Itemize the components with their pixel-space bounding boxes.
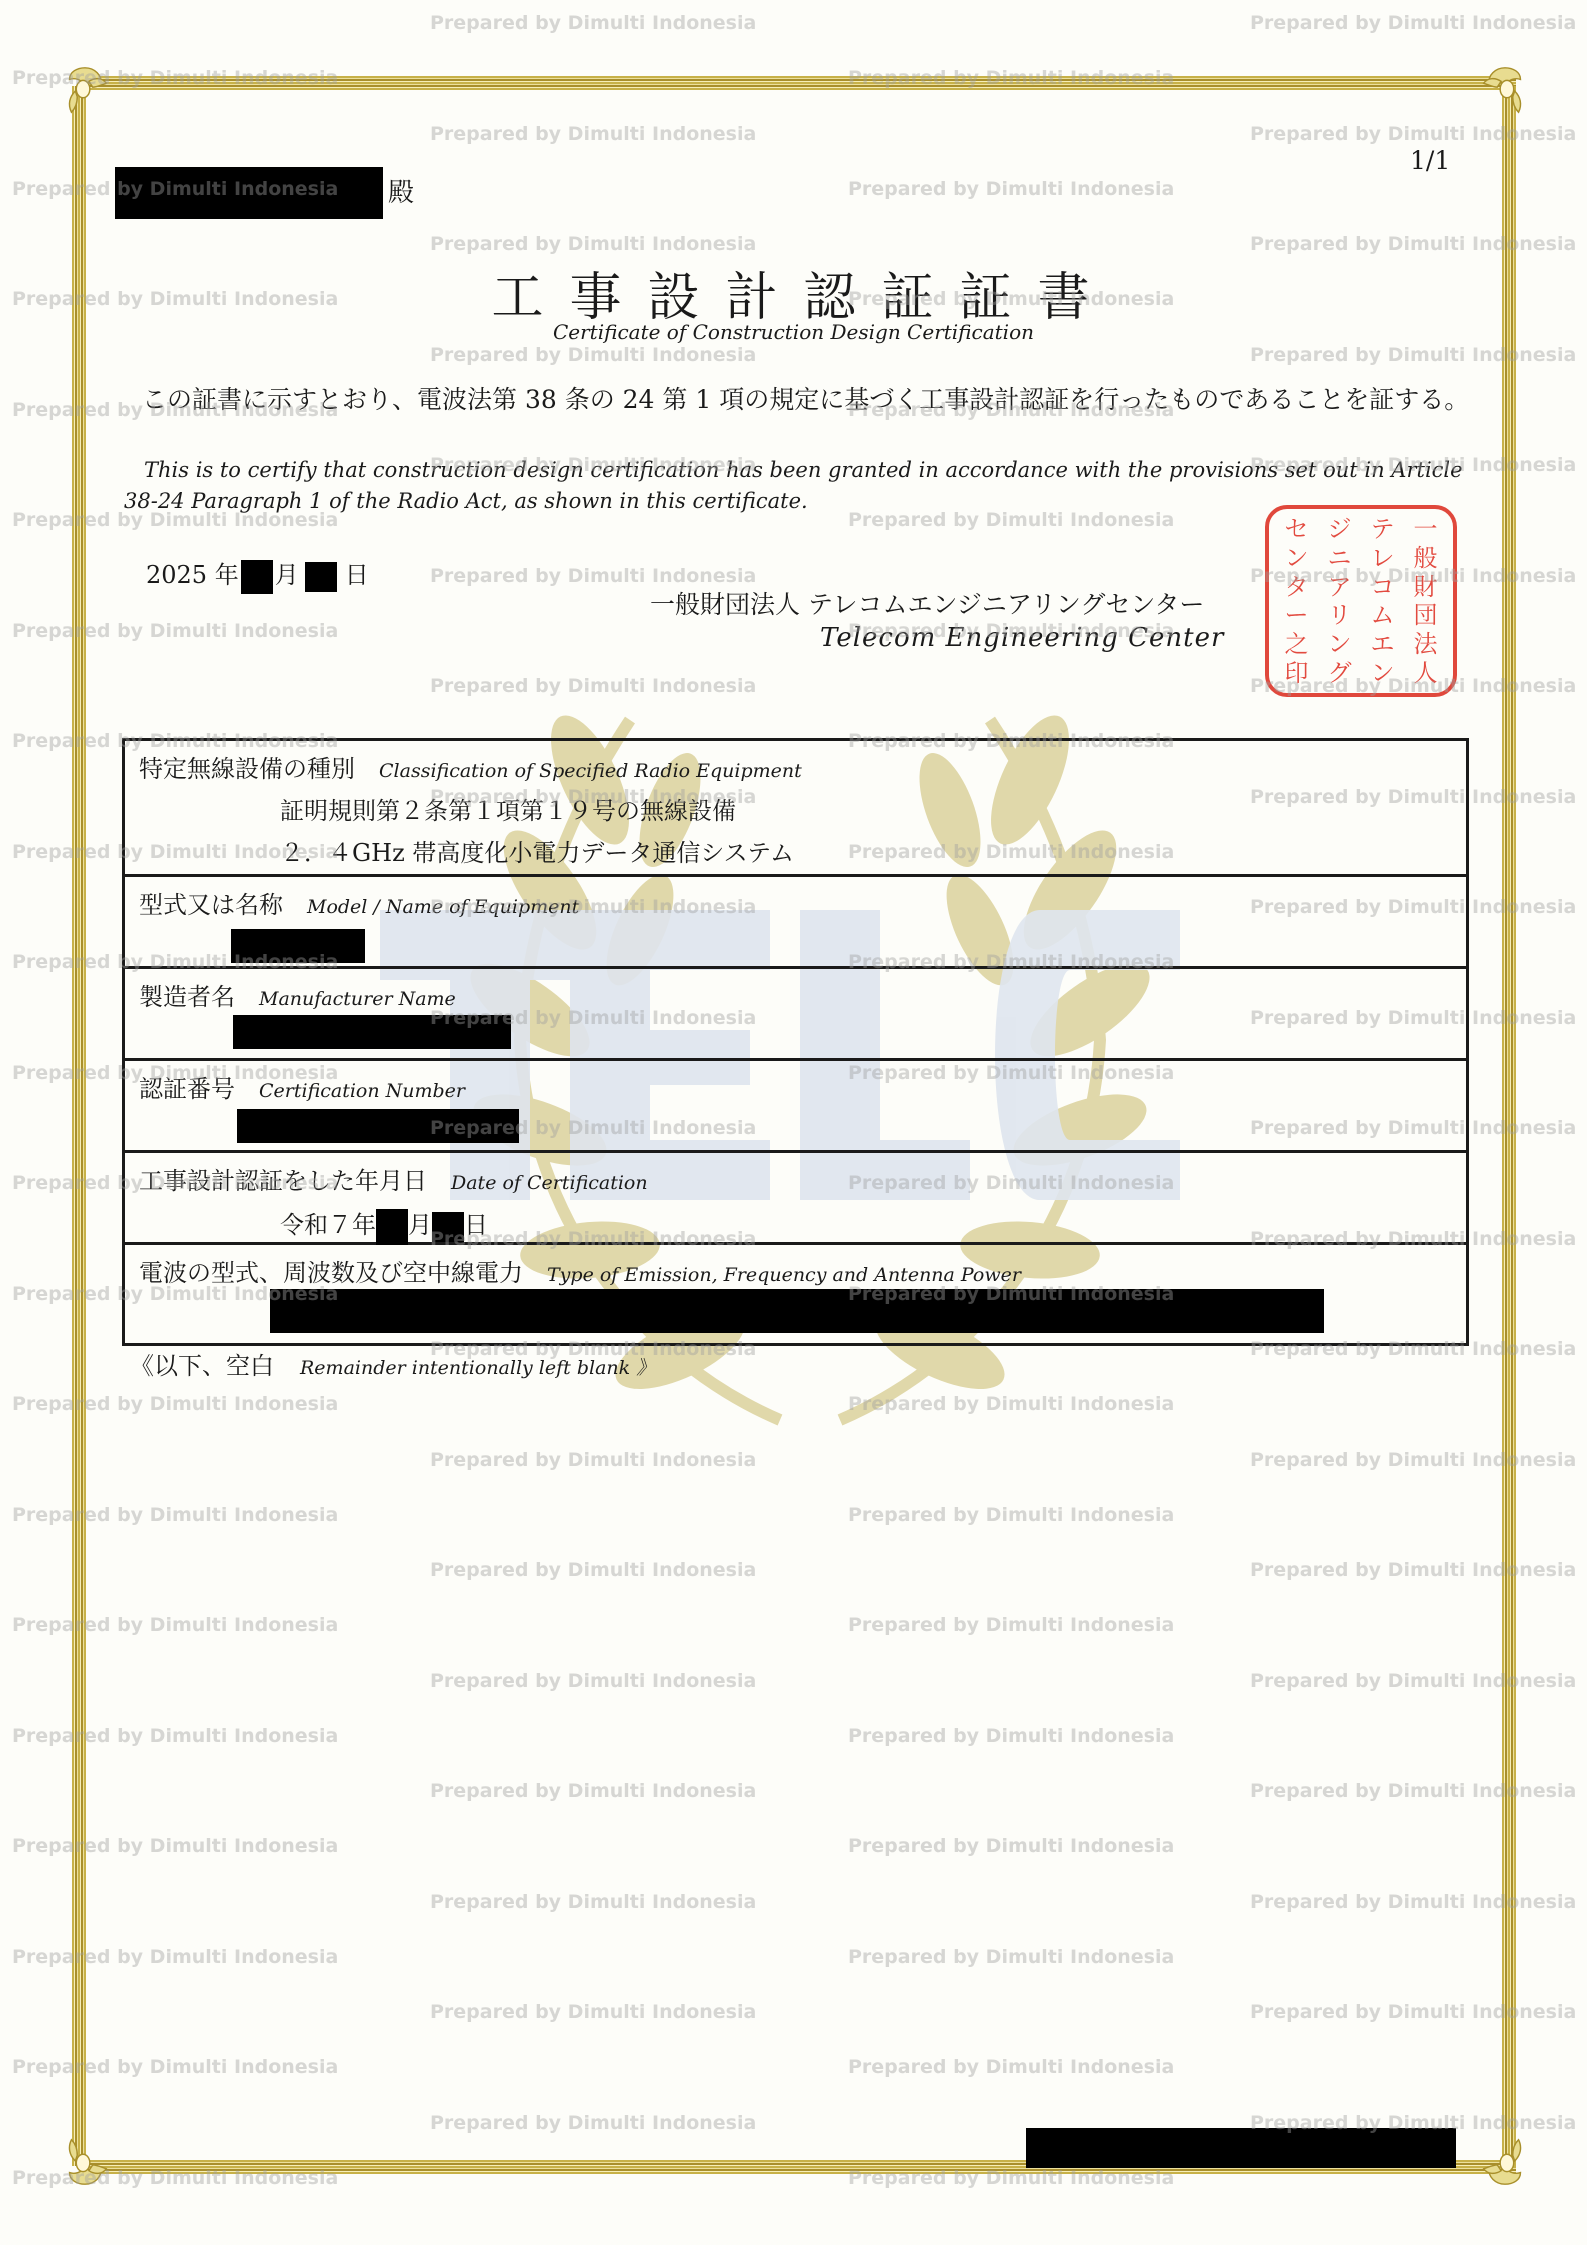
addressee-name-redacted xyxy=(115,167,383,219)
label-en: Model / Name of Equipment xyxy=(307,896,579,918)
month-suffix: 月 xyxy=(275,561,299,589)
corner-ornament-icon xyxy=(1476,2132,1534,2190)
row-manufacturer: 製造者名Manufacturer Name xyxy=(125,969,1466,1061)
watermark-text: Prepared by Dimulti Indonesia xyxy=(848,1725,1174,1747)
label-en: Date of Certification xyxy=(451,1172,648,1194)
label-en: Classification of Specified Radio Equipm… xyxy=(379,760,802,782)
classification-value-2: ２．４GHz 帯高度化小電力データ通信システム xyxy=(280,833,794,868)
watermark-text: Prepared by Dimulti Indonesia xyxy=(430,233,756,255)
watermark-text: Prepared by Dimulti Indonesia xyxy=(430,2112,756,2134)
watermark-text: Prepared by Dimulti Indonesia xyxy=(1250,1780,1576,1802)
watermark-text: Prepared by Dimulti Indonesia xyxy=(1250,123,1576,145)
watermark-text: Prepared by Dimulti Indonesia xyxy=(12,1614,338,1636)
watermark-text: Prepared by Dimulti Indonesia xyxy=(430,12,756,34)
corner-ornament-icon xyxy=(56,2132,114,2190)
seal-column: センター之印 xyxy=(1275,515,1318,687)
watermark-text: Prepared by Dimulti Indonesia xyxy=(1250,1559,1576,1581)
row-certification-number: 認証番号Certification Number xyxy=(125,1061,1466,1153)
watermark-text: Prepared by Dimulti Indonesia xyxy=(430,1780,756,1802)
label-jp: 工事設計認証をした年月日 xyxy=(139,1167,427,1195)
seal-column: 一般財団法人 xyxy=(1404,515,1447,687)
cert-month-redacted xyxy=(376,1209,408,1245)
watermark-text: Prepared by Dimulti Indonesia xyxy=(430,123,756,145)
label-jp: 製造者名 xyxy=(139,983,235,1011)
watermark-text: Prepared by Dimulti Indonesia xyxy=(12,1835,338,1857)
watermark-text: Prepared by Dimulti Indonesia xyxy=(1250,1670,1576,1692)
cert-day-redacted xyxy=(432,1212,464,1242)
remainder-blank-note: 《以下、空白Remainder intentionally left blank… xyxy=(130,1346,655,1381)
watermark-text: Prepared by Dimulti Indonesia xyxy=(12,2056,338,2078)
corner-ornament-icon xyxy=(56,62,114,120)
manufacturer-name-redacted xyxy=(233,1015,511,1049)
seal-column: テレコムエン xyxy=(1361,515,1404,687)
frame-border-right xyxy=(1502,86,1516,2166)
label-jp: 特定無線設備の種別 xyxy=(139,755,355,783)
bottom-signature-redacted xyxy=(1026,2128,1456,2168)
addressee-honorific: 殿 xyxy=(388,172,414,209)
certification-statement-jp: この証書に示すとおり、電波法第 38 条の 24 第 1 項の規定に基づく工事設… xyxy=(124,380,1484,420)
watermark-text: Prepared by Dimulti Indonesia xyxy=(430,1670,756,1692)
issue-date: 2025 年月日 xyxy=(146,555,369,594)
watermark-text: Prepared by Dimulti Indonesia xyxy=(12,620,338,642)
certification-date: 令和７年月日 xyxy=(280,1205,488,1245)
certificate-title-jp: 工事設計認証証書 xyxy=(0,255,1587,330)
label-jp: 型式又は名称 xyxy=(139,891,283,919)
watermark-text: Prepared by Dimulti Indonesia xyxy=(1250,1449,1576,1471)
watermark-text: Prepared by Dimulti Indonesia xyxy=(12,1504,338,1526)
watermark-text: Prepared by Dimulti Indonesia xyxy=(848,1504,1174,1526)
watermark-text: Prepared by Dimulti Indonesia xyxy=(1250,1891,1576,1913)
issuer-name-jp: 一般財団法人 テレコムエンジニアリングセンター xyxy=(650,585,1204,621)
month-suffix: 月 xyxy=(408,1211,432,1239)
label-en: Certification Number xyxy=(259,1080,465,1102)
watermark-text: Prepared by Dimulti Indonesia xyxy=(430,2001,756,2023)
era-year: 令和７年 xyxy=(280,1211,376,1239)
watermark-text: Prepared by Dimulti Indonesia xyxy=(848,2056,1174,2078)
watermark-text: Prepared by Dimulti Indonesia xyxy=(430,1891,756,1913)
issuer-name-en: Telecom Engineering Center xyxy=(820,623,1224,653)
watermark-text: Prepared by Dimulti Indonesia xyxy=(1250,233,1576,255)
watermark-text: Prepared by Dimulti Indonesia xyxy=(12,1393,338,1415)
certificate-title-en: Certificate of Construction Design Certi… xyxy=(0,320,1587,344)
label-jp: 認証番号 xyxy=(139,1075,235,1103)
watermark-text: Prepared by Dimulti Indonesia xyxy=(848,178,1174,200)
label-en: Type of Emission, Frequency and Antenna … xyxy=(547,1264,1021,1286)
watermark-text: Prepared by Dimulti Indonesia xyxy=(1250,2001,1576,2023)
frame-border-top xyxy=(86,76,1516,90)
watermark-text: Prepared by Dimulti Indonesia xyxy=(430,344,756,366)
watermark-text: Prepared by Dimulti Indonesia xyxy=(12,1725,338,1747)
issue-month-redacted xyxy=(241,560,273,594)
frame-border-left xyxy=(72,86,86,2166)
remainder-en: Remainder intentionally left blank 》 xyxy=(300,1357,655,1379)
label-jp: 電波の型式、周波数及び空中線電力 xyxy=(139,1259,523,1287)
seal-column: ジニアリング xyxy=(1318,515,1361,687)
watermark-text: Prepared by Dimulti Indonesia xyxy=(848,1835,1174,1857)
row-model-name: 型式又は名称Model / Name of Equipment xyxy=(125,877,1466,969)
classification-value-1: 証明規則第２条第１項第１９号の無線設備 xyxy=(280,791,736,826)
certificate-details-table: 特定無線設備の種別Classification of Specified Rad… xyxy=(122,738,1469,1346)
corner-ornament-icon xyxy=(1476,62,1534,120)
watermark-text: Prepared by Dimulti Indonesia xyxy=(430,1559,756,1581)
watermark-text: Prepared by Dimulti Indonesia xyxy=(848,1946,1174,1968)
row-equipment-classification: 特定無線設備の種別Classification of Specified Rad… xyxy=(125,741,1466,877)
row-emission-frequency-power: 電波の型式、周波数及び空中線電力Type of Emission, Freque… xyxy=(125,1245,1466,1343)
watermark-text: Prepared by Dimulti Indonesia xyxy=(1250,12,1576,34)
issue-day-redacted xyxy=(305,562,337,592)
official-seal-stamp: センター之印 ジニアリング テレコムエン 一般財団法人 xyxy=(1265,505,1457,697)
row-date-of-certification: 工事設計認証をした年月日Date of Certification 令和７年月日 xyxy=(125,1153,1466,1245)
watermark-text: Prepared by Dimulti Indonesia xyxy=(1250,344,1576,366)
day-suffix: 日 xyxy=(464,1211,488,1239)
model-name-redacted xyxy=(231,929,365,963)
emission-details-redacted xyxy=(270,1289,1324,1333)
page-number: 1/1 xyxy=(1410,146,1450,175)
watermark-text: Prepared by Dimulti Indonesia xyxy=(430,565,756,587)
issue-year: 2025 年 xyxy=(146,561,239,589)
day-suffix: 日 xyxy=(345,561,369,589)
remainder-jp: 《以下、空白 xyxy=(130,1352,274,1380)
label-en: Manufacturer Name xyxy=(259,988,456,1010)
watermark-text: Prepared by Dimulti Indonesia xyxy=(848,1614,1174,1636)
certification-number-redacted xyxy=(237,1109,519,1143)
watermark-text: Prepared by Dimulti Indonesia xyxy=(12,1946,338,1968)
